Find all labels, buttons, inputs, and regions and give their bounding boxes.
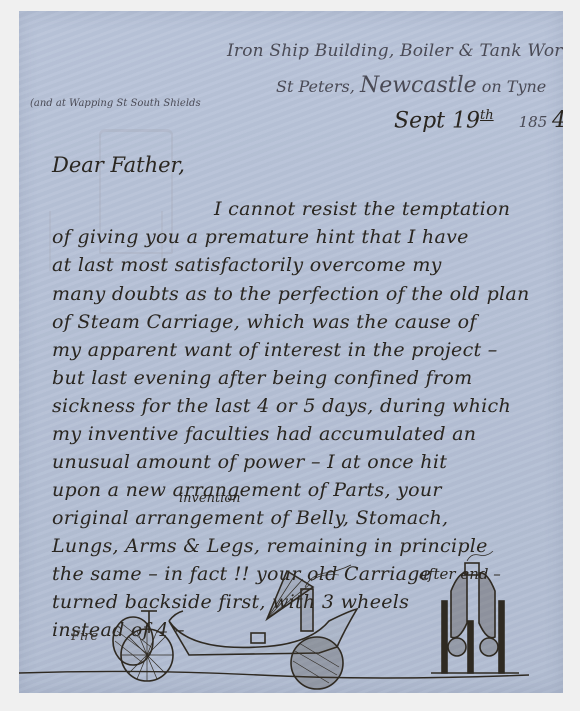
letter-line: sickness for the last 4 or 5 days, durin…	[52, 395, 562, 417]
letter-line: my inventive faculties had accumulated a…	[52, 423, 562, 445]
letterhead-street: St Peters,	[276, 77, 355, 96]
letter-line: my apparent want of interest in the proj…	[52, 339, 562, 361]
date-month-day: Sept 19	[394, 108, 480, 133]
date-year: 185 4	[519, 113, 563, 131]
letterhead-branch: (and at Wapping St South Shields	[30, 98, 201, 109]
letter-line: but last evening after being confined fr…	[52, 367, 562, 389]
letterhead-company: Iron Ship Building, Boiler & Tank Works	[227, 41, 563, 61]
letter-line: many doubts as to the perfection of the …	[52, 283, 562, 305]
date-year-handwritten: 4	[552, 108, 563, 133]
letter-line: at last most satisfactorily overcome my	[52, 254, 562, 276]
letter-date: Sept 19th 185 4	[394, 108, 563, 133]
letter-line: unusual amount of power – I at once hit	[52, 451, 562, 473]
letter-line: of giving you a premature hint that I ha…	[52, 226, 562, 248]
letter-page: Iron Ship Building, Boiler & Tank Works …	[19, 11, 563, 693]
letter-line: of Steam Carriage, which was the cause o…	[52, 311, 562, 333]
sketch-label-fire: Fire	[71, 629, 98, 644]
date-year-printed: 185	[519, 113, 548, 131]
letterhead-address: St Peters, Newcastle on Tyne	[276, 73, 546, 98]
letter-line: upon a new arrangement of Parts, your	[52, 479, 562, 501]
letter-line: original arrangement of Belly, Stomach,	[52, 507, 562, 529]
letter-line: I cannot resist the temptation	[214, 198, 563, 220]
salutation: Dear Father,	[52, 153, 185, 177]
date-ordinal: th	[480, 108, 494, 123]
letterhead-city: Newcastle	[360, 73, 477, 98]
letterhead-river: on Tyne	[482, 77, 547, 96]
sketch-label-after-end: after end –	[419, 565, 501, 583]
insertion-word: invention	[179, 491, 241, 506]
